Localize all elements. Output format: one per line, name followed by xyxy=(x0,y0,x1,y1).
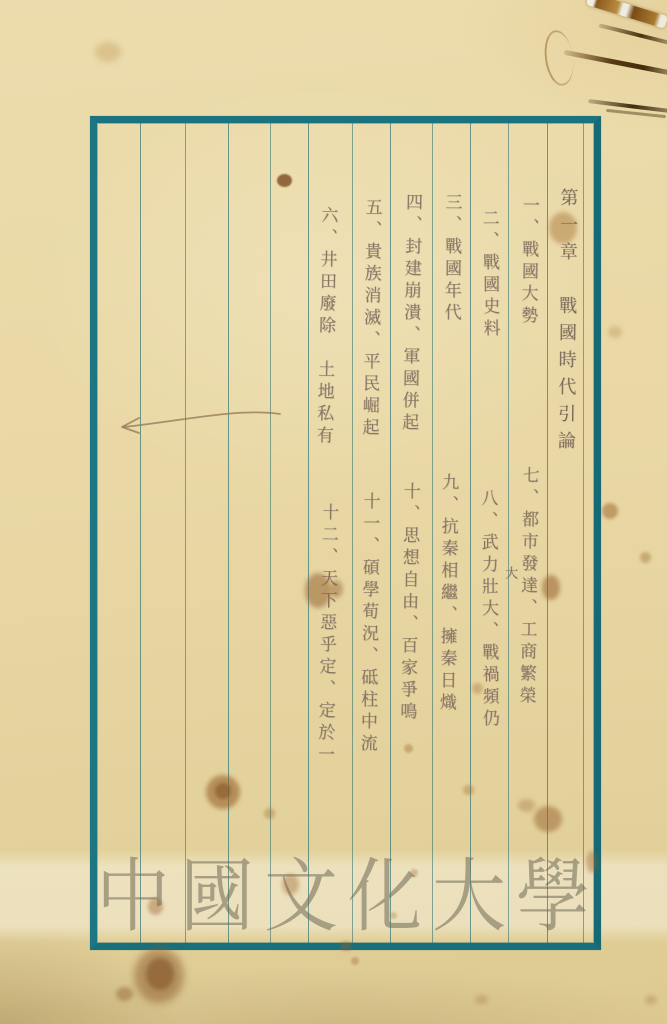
stain xyxy=(95,42,121,62)
rust-mark xyxy=(564,50,667,76)
column-rule xyxy=(270,123,271,943)
handwriting-column-5: 五、貴族消滅、平民崛起 xyxy=(359,198,379,440)
column-rule xyxy=(508,123,509,943)
handwriting-column-8: 八、武力壯大、戰禍頻仍 xyxy=(478,489,497,731)
stain xyxy=(146,958,174,990)
manuscript-page: 第一章 戰國時代引論 一、戰國大勢 二、戰國史料 三、戰國年代 四、封建崩潰、軍… xyxy=(0,0,667,1024)
handwriting-column-1: 一、戰國大勢 xyxy=(518,196,537,328)
rust-mark xyxy=(586,0,667,29)
stain xyxy=(640,552,651,563)
column-rule xyxy=(547,123,548,943)
rust-mark xyxy=(606,109,666,118)
watermark-text: 中國文化大學 xyxy=(96,854,600,942)
handwriting-column-10: 十、思想自由、百家爭鳴 xyxy=(397,482,418,724)
handwriting-column-4: 四、封建崩潰、軍國併起 xyxy=(399,193,420,435)
stain xyxy=(116,987,133,1001)
handwriting-column-12: 十二、天下惡乎定、定於一 xyxy=(315,503,337,767)
handwriting-column-6: 六、井田廢除 土地私有 xyxy=(313,206,335,448)
handwriting-column-11: 十一、碩學荀況、砥柱中流 xyxy=(357,492,377,756)
handwriting-column-3: 三、戰國年代 xyxy=(442,193,460,325)
insertion-char: 大 xyxy=(503,566,516,581)
rust-mark xyxy=(588,99,667,113)
handwriting-column-2: 二、戰國史料 xyxy=(479,209,497,341)
column-rule xyxy=(140,123,141,943)
stain xyxy=(134,948,184,1003)
column-rule xyxy=(228,123,229,943)
stain xyxy=(608,326,622,338)
handwriting-column-9: 九、抗秦相繼、擁秦日熾 xyxy=(437,473,457,715)
column-rule xyxy=(352,123,353,943)
pencil-arrow xyxy=(108,398,293,446)
stain xyxy=(475,995,488,1004)
column-rule xyxy=(185,123,186,943)
column-rule xyxy=(390,123,391,943)
column-rule xyxy=(470,123,471,943)
handwriting-column-7: 七、都市發達、工商繁榮 xyxy=(516,466,536,708)
column-rule xyxy=(308,123,309,943)
column-rule xyxy=(583,123,584,943)
stain xyxy=(602,503,618,519)
column-rule xyxy=(432,123,433,943)
chapter-title-column: 第一章 戰國時代引論 xyxy=(556,188,577,458)
stain xyxy=(351,957,359,965)
rust-mark xyxy=(599,23,667,44)
stain xyxy=(645,995,657,1005)
rust-mark xyxy=(541,28,577,87)
